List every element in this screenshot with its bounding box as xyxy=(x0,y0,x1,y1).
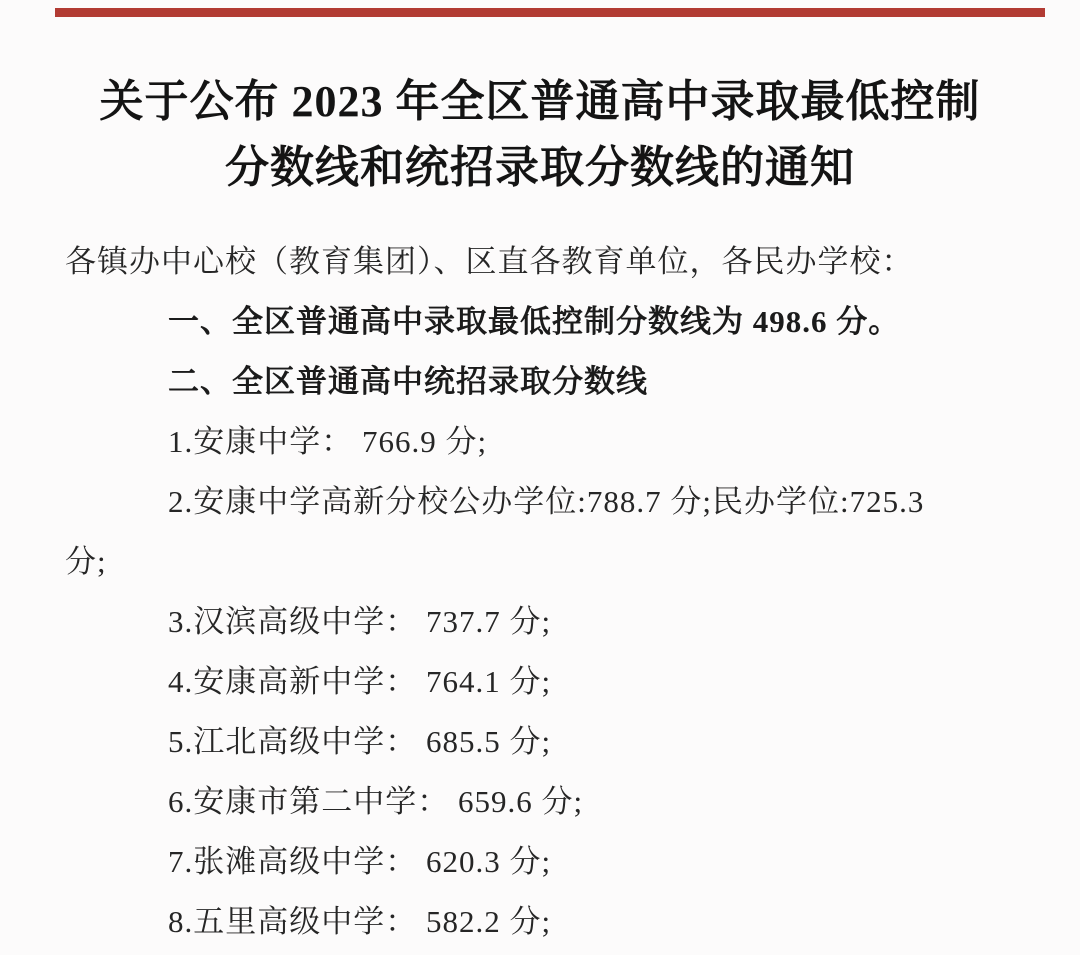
score-item-2: 2.安康中学高新分校公办学位:788.7 分;民办学位:725.3 分; xyxy=(65,472,1030,592)
score-item-7: 7.张滩高级中学： 620.3 分; xyxy=(65,832,1030,892)
score-item-3: 3.汉滨高级中学： 737.7 分; xyxy=(65,592,1030,652)
title-line-2: 分数线和统招录取分数线的通知 xyxy=(20,135,1060,201)
score-item-5: 5.江北高级中学： 685.5 分; xyxy=(65,712,1030,772)
score-item-1: 1.安康中学： 766.9 分; xyxy=(65,412,1030,472)
notice-document: 关于公布 2023 年全区普通高中录取最低控制 分数线和统招录取分数线的通知 各… xyxy=(0,0,1080,955)
title-line-1: 关于公布 2023 年全区普通高中录取最低控制 xyxy=(20,69,1060,135)
heading-min-control-line: 一、全区普通高中录取最低控制分数线为 498.6 分。 xyxy=(65,292,1030,352)
heading-admission-lines: 二、全区普通高中统招录取分数线 xyxy=(65,352,1030,412)
score-item-6: 6.安康市第二中学： 659.6 分; xyxy=(65,772,1030,832)
notice-title: 关于公布 2023 年全区普通高中录取最低控制 分数线和统招录取分数线的通知 xyxy=(20,69,1060,201)
score-item-4: 4.安康高新中学： 764.1 分; xyxy=(65,652,1030,712)
score-item-8: 8.五里高级中学： 582.2 分; xyxy=(65,892,1030,952)
top-accent-bar xyxy=(55,8,1045,17)
salutation: 各镇办中心校（教育集团）、区直各教育单位，各民办学校： xyxy=(65,232,1030,292)
